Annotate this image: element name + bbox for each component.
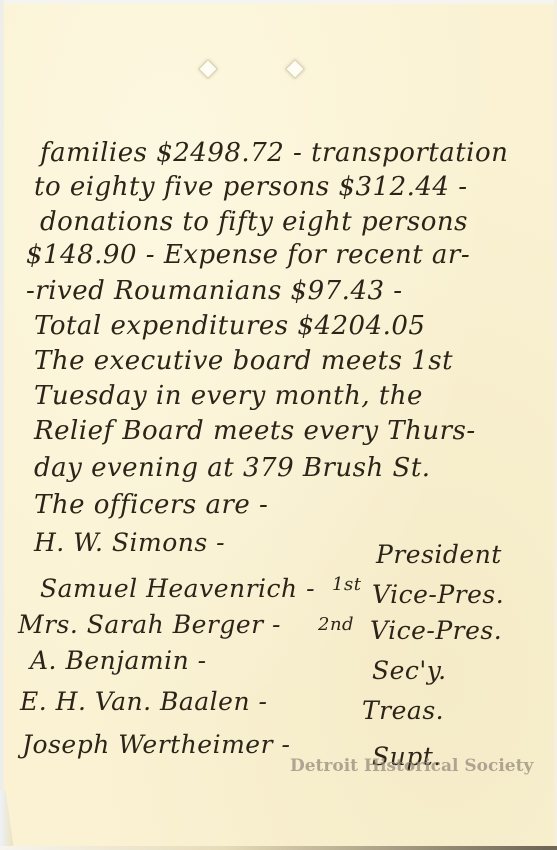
body-line: -rived Roumanians $97.43 - [26, 276, 403, 306]
officer-name: E. H. Van. Baalen - [20, 687, 267, 716]
officer-name: H. W. Simons - [34, 528, 225, 557]
body-line: The executive board meets 1st [34, 346, 453, 376]
officer-title: Treas. [362, 696, 444, 725]
paper-corner-fold [0, 790, 14, 850]
officer-title: President [376, 540, 502, 569]
body-line: Relief Board meets every Thurs- [34, 416, 476, 446]
body-line: day evening at 379 Brush St. [34, 453, 431, 483]
paper-edge-bottom [0, 846, 557, 850]
body-line: to eighty five persons $312.44 - [34, 172, 468, 202]
document-page: families $2498.72 - transportation to ei… [0, 0, 557, 850]
watermark: Detroit Historical Society [290, 756, 533, 776]
body-line: donations to fifty eight persons [40, 207, 468, 237]
officer-name: Samuel Heavenrich - [40, 574, 315, 603]
body-line: families $2498.72 - transportation [40, 138, 508, 168]
body-line: Total expenditures $4204.05 [34, 311, 425, 341]
officer-name: Mrs. Sarah Berger - [18, 610, 281, 639]
body-line: $148.90 - Expense for recent ar- [26, 240, 470, 270]
officer-title: Sec'y. [372, 656, 447, 685]
officer-title: Vice-Pres. [372, 580, 504, 609]
body-line: The officers are - [34, 490, 268, 520]
paper-edge-top [0, 0, 557, 4]
paper-edge-left [0, 0, 4, 850]
officer-rank: 2nd [318, 614, 354, 635]
punch-hole-icon [198, 59, 218, 79]
body-line: Tuesday in every month, the [34, 381, 423, 411]
officer-rank: 1st [332, 574, 361, 595]
officer-name: A. Benjamin - [30, 646, 207, 675]
officer-title: Vice-Pres. [370, 616, 502, 645]
officer-name: Joseph Wertheimer - [22, 730, 290, 759]
punch-hole-icon [285, 59, 305, 79]
